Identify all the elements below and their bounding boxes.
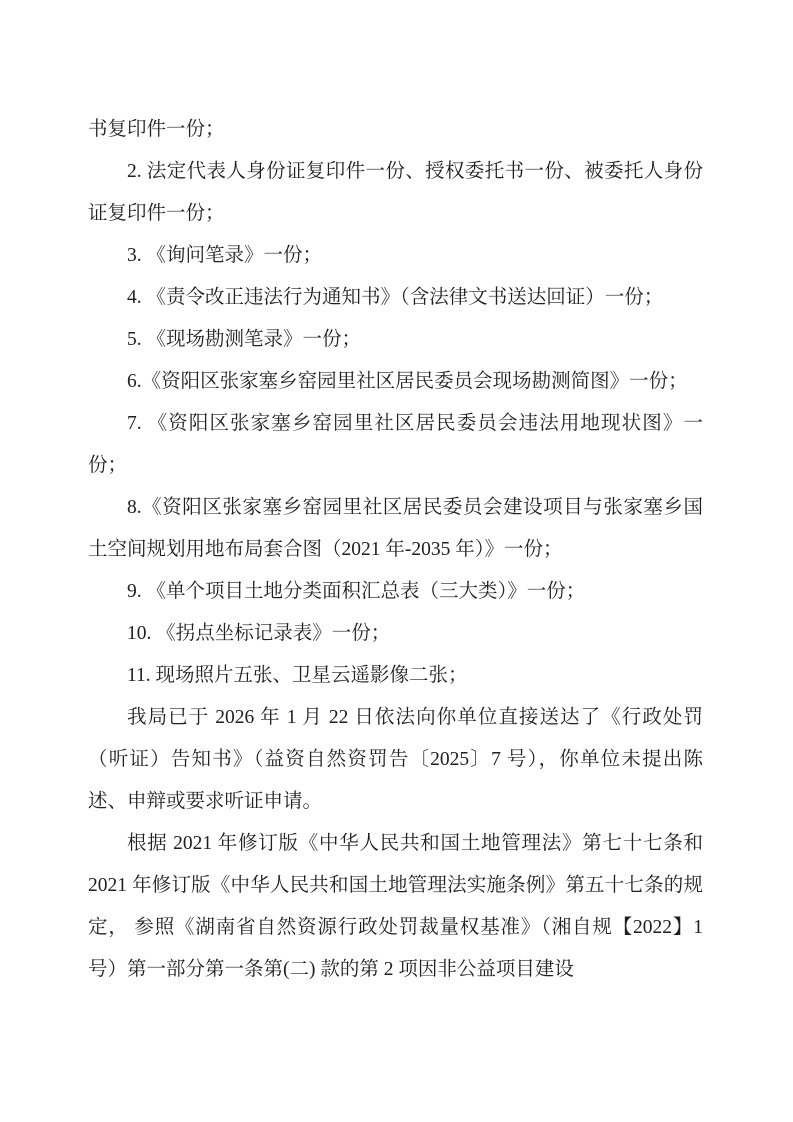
- document-paragraph: 9. 《单个项目土地分类面积汇总表（三大类）》一份；: [88, 571, 703, 613]
- document-paragraph: 10. 《拐点坐标记录表》一份；: [88, 613, 703, 655]
- document-paragraph: 4. 《责令改正违法行为通知书》（含法律文书送达回证）一份；: [88, 277, 703, 319]
- document-paragraph: 7. 《资阳区张家塞乡窑园里社区居民委员会违法用地现状图》一份；: [88, 403, 703, 487]
- document-paragraph: 11. 现场照片五张、卫星云遥影像二张；: [88, 655, 703, 697]
- document-paragraph: 我局已于 2026 年 1 月 22 日依法向你单位直接送达了《行政处罚（听证）…: [88, 697, 703, 823]
- document-paragraph: 根据 2021 年修订版《中华人民共和国土地管理法》第七十七条和 2021 年修…: [88, 823, 703, 991]
- document-paragraph: 6.《资阳区张家塞乡窑园里社区居民委员会现场勘测简图》一份；: [88, 361, 703, 403]
- document-paragraph: 3. 《询问笔录》一份；: [88, 235, 703, 277]
- document-paragraph: 2. 法定代表人身份证复印件一份、授权委托书一份、被委托人身份证复印件一份；: [88, 151, 703, 235]
- document-paragraph: 书复印件一份；: [88, 109, 703, 151]
- document-paragraph: 8.《资阳区张家塞乡窑园里社区居民委员会建设项目与张家塞乡国土空间规划用地布局套…: [88, 487, 703, 571]
- document-page: 书复印件一份；2. 法定代表人身份证复印件一份、授权委托书一份、被委托人身份证复…: [0, 0, 793, 1122]
- document-paragraph: 5. 《现场勘测笔录》一份；: [88, 319, 703, 361]
- document-body: 书复印件一份；2. 法定代表人身份证复印件一份、授权委托书一份、被委托人身份证复…: [88, 109, 703, 991]
